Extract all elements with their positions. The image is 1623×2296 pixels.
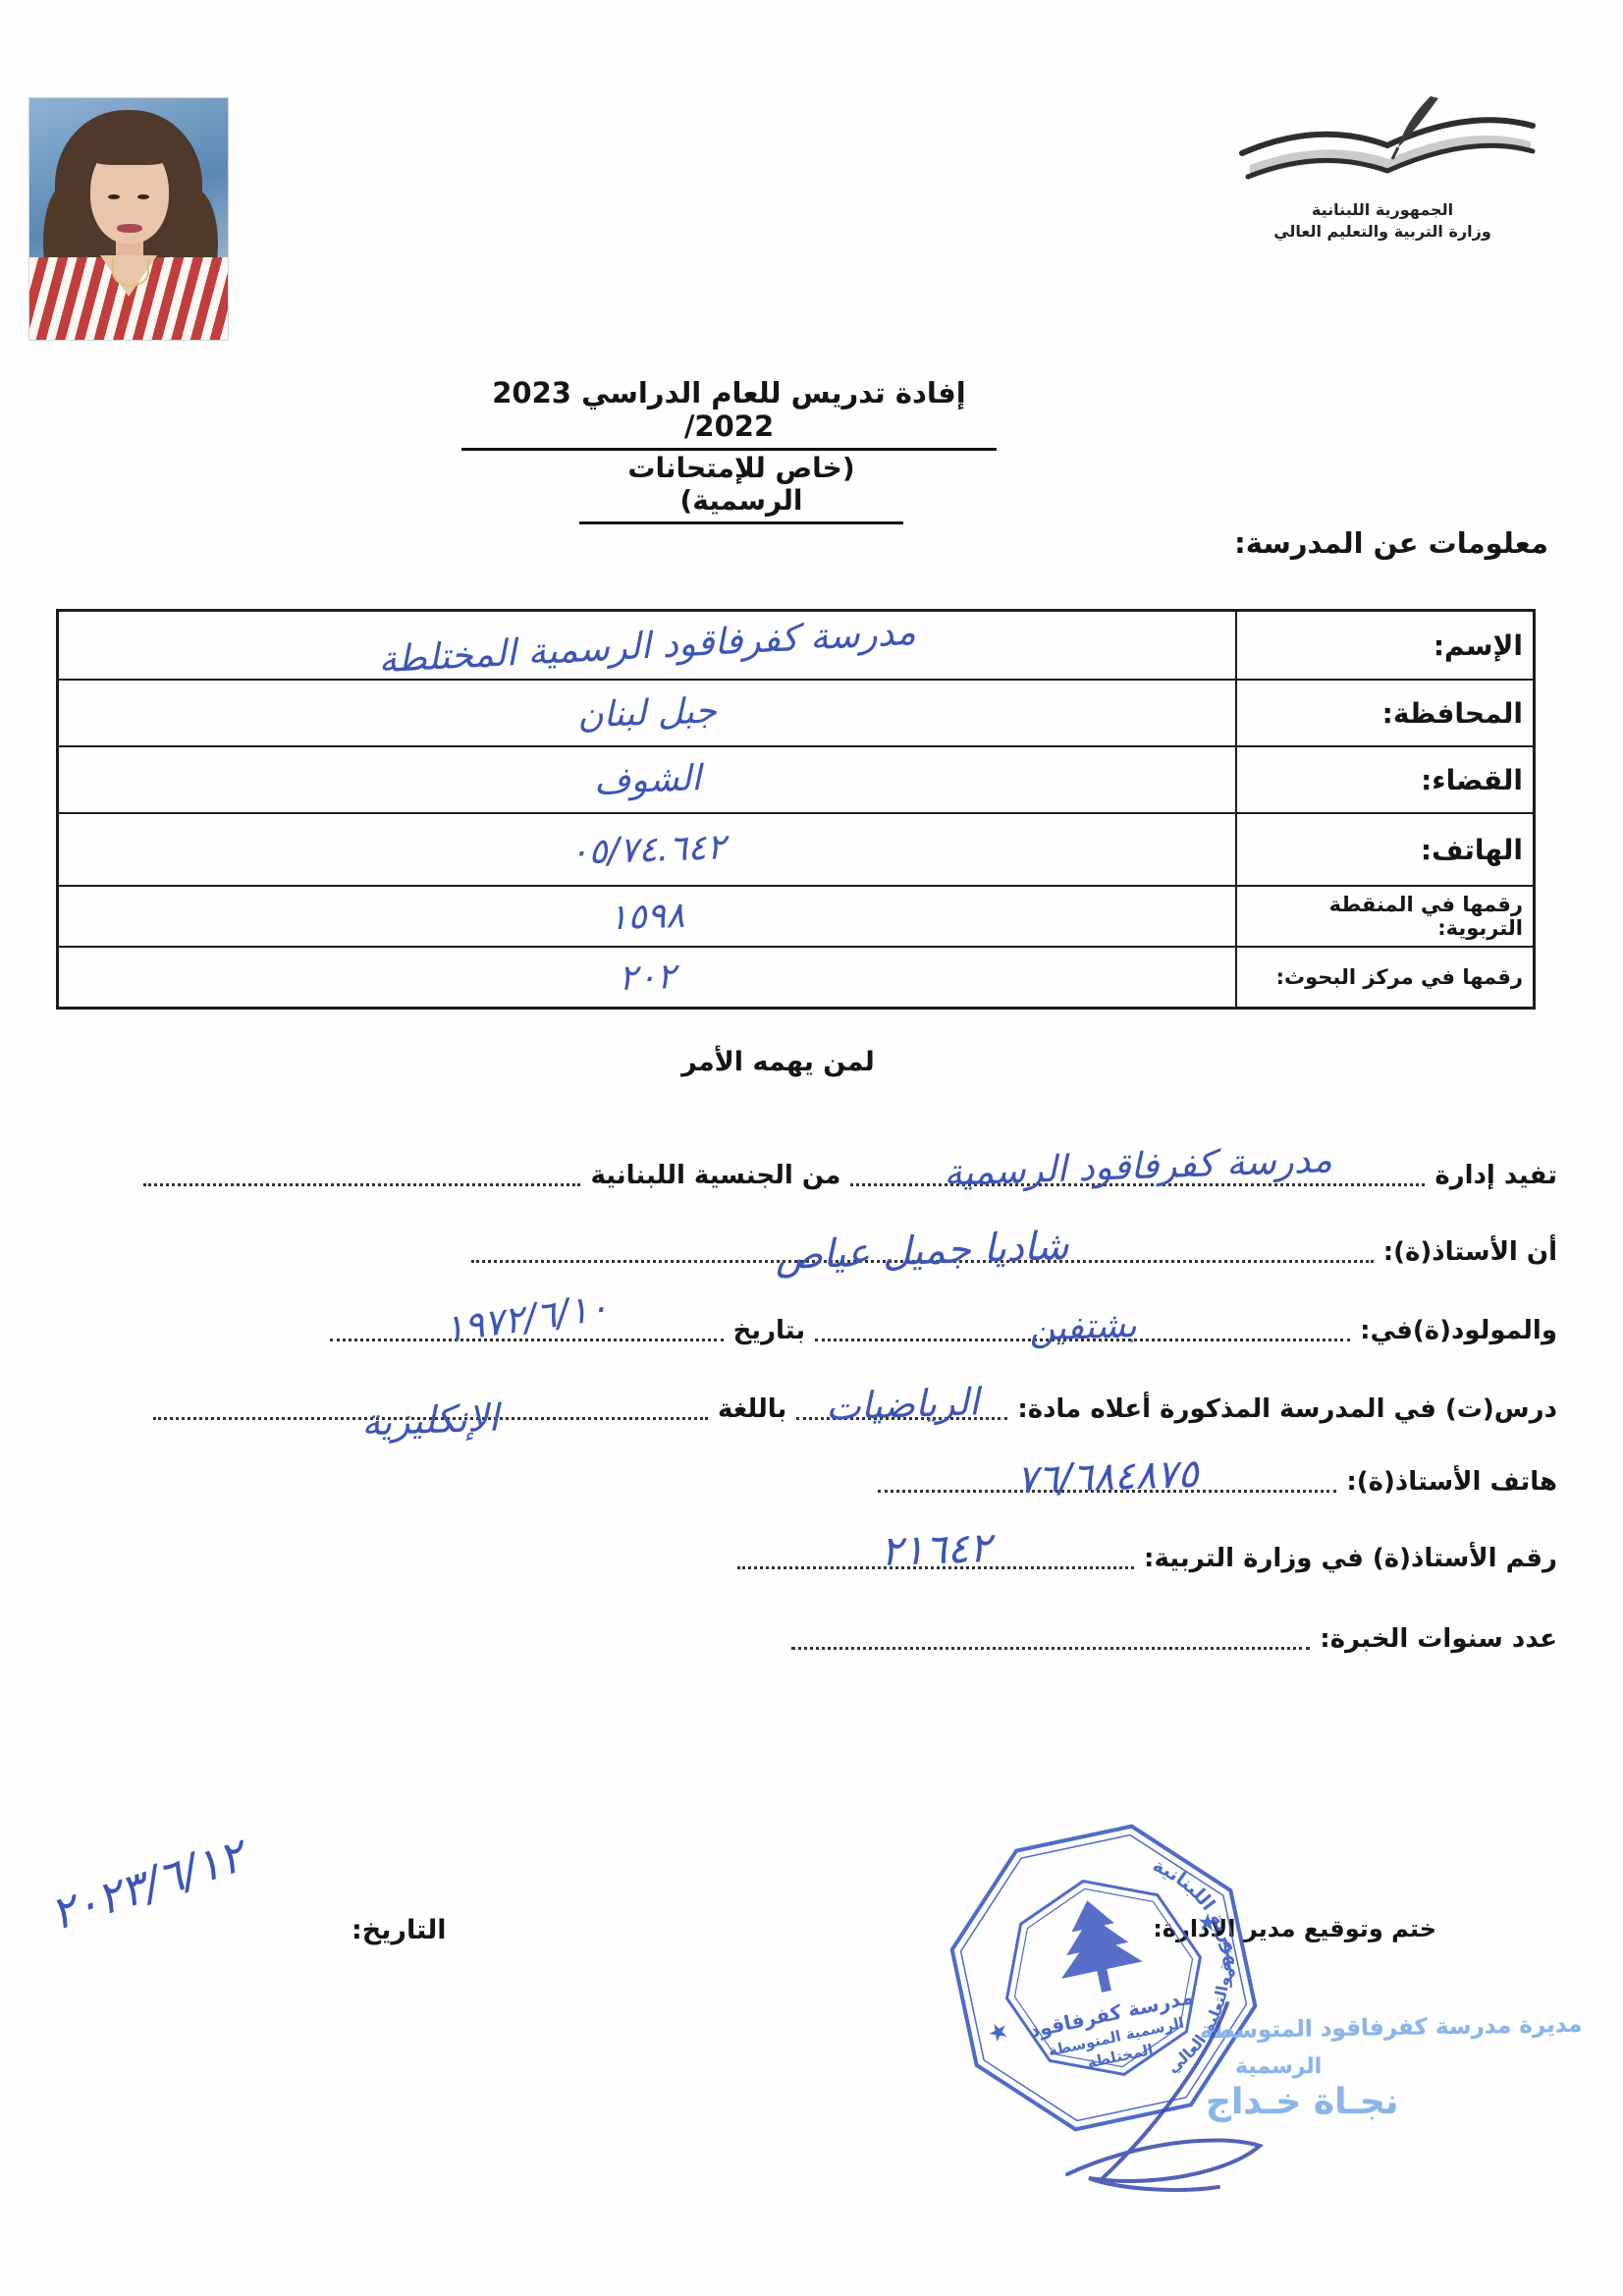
scanned-document-page: الجمهورية اللبنانية وزارة التربية والتعل… <box>0 0 1623 2296</box>
dotted-field-language: الإنكليزية <box>153 1407 708 1420</box>
photo-eye-right <box>137 194 149 199</box>
dotted-field-school-name: مدرسة كفرفاقود الرسمية <box>850 1174 1425 1186</box>
letter-heading: لمن يهمه الأمر <box>677 1047 879 1077</box>
ministry-logo: الجمهورية اللبنانية وزارة التربية والتعل… <box>1220 94 1544 266</box>
letter-line-teacher-name: أن الأستاذ(ة): شاديا جميل عياص <box>465 1235 1561 1269</box>
dotted-field-experience-years <box>791 1637 1310 1650</box>
table-value-phone: ٠٥/٧٤.٦٤٢ <box>59 812 1235 885</box>
letter-line-experience: عدد سنوات الخبرة: <box>785 1622 1561 1656</box>
table-value-name: مدرسة كفرفاقود الرسمية المختلطة <box>59 612 1235 679</box>
dotted-leader <box>143 1174 580 1186</box>
photo-bangs <box>84 126 175 165</box>
table-label-name: الإسم: <box>1235 612 1533 679</box>
table-label-research-center-number: رقمها في مركز البحوث: <box>1235 946 1533 1007</box>
logo-country-line: الجمهورية اللبنانية <box>1220 200 1544 219</box>
principal-signature <box>1026 1986 1291 2216</box>
dotted-field-birthplace: بشتفين <box>815 1329 1350 1341</box>
signature-stroke-icon <box>1026 1986 1291 2216</box>
teacher-portrait-photo <box>29 98 228 340</box>
school-info-heading: معلومات عن المدرسة: <box>1234 526 1548 560</box>
table-value-governorate: جبل لبنان <box>59 679 1235 745</box>
logo-ministry-line: وزارة التربية والتعليم العالي <box>1220 222 1544 241</box>
letter-line-teacher-phone: هاتف الأستاذ(ة): ٧٦/٦٨٤٨٧٥ <box>872 1465 1561 1499</box>
photo-eye-left <box>108 194 120 199</box>
open-book-quill-icon <box>1220 94 1544 192</box>
dotted-field-ministry-number: ٢١٦٤٢ <box>737 1557 1134 1569</box>
school-info-table: الإسم: مدرسة كفرفاقود الرسمية المختلطة ا… <box>56 609 1536 1010</box>
title-text: إفادة تدريس للعام الدراسي <box>581 376 966 410</box>
dotted-field-subject: الرياضيات <box>796 1407 1007 1420</box>
letter-line-birth: والمولود(ة)في: بشتفين بتاريخ ١٩٧٢/٦/١٠ <box>324 1314 1561 1347</box>
table-value-research-center-number: ٢٠٢ <box>59 946 1235 1007</box>
star-icon: ★ <box>983 2015 1014 2050</box>
dotted-field-teacher-name: شاديا جميل عياص <box>471 1250 1374 1263</box>
table-label-governorate: المحافظة: <box>1235 679 1533 745</box>
table-label-district: القضاء: <box>1235 745 1533 812</box>
cedar-tree-icon <box>1047 1891 1147 1999</box>
table-value-edu-district-number: ١٥٩٨ <box>59 885 1235 946</box>
document-subtitle: (خاص للإمتحانات الرسمية) <box>579 452 903 524</box>
document-title: إفادة تدريس للعام الدراسي 2023 /2022 <box>461 376 997 451</box>
date-label: التاريخ: <box>352 1915 447 1945</box>
letter-line-administration: تفيد إدارة مدرسة كفرفاقود الرسمية من الج… <box>137 1159 1561 1192</box>
table-label-edu-district-number: رقمها في المنقطة التربوية: <box>1235 885 1533 946</box>
letter-line-subject: درس(ت) في المدرسة المذكورة أعلاه مادة: ا… <box>147 1393 1561 1426</box>
letter-line-ministry-number: رقم الأستاذ(ة) في وزارة التربية: ٢١٦٤٢ <box>731 1542 1561 1575</box>
dotted-field-teacher-phone: ٧٦/٦٨٤٨٧٥ <box>878 1480 1336 1493</box>
dotted-field-birthdate: ١٩٧٢/٦/١٠ <box>330 1329 724 1341</box>
photo-lips <box>117 224 142 233</box>
table-value-district: الشوف <box>59 745 1235 812</box>
photo-necklace <box>112 257 149 287</box>
handwritten-date: ٢٠٢٣/٦/١٢ <box>44 1829 251 1941</box>
table-label-phone: الهاتف: <box>1235 812 1533 885</box>
